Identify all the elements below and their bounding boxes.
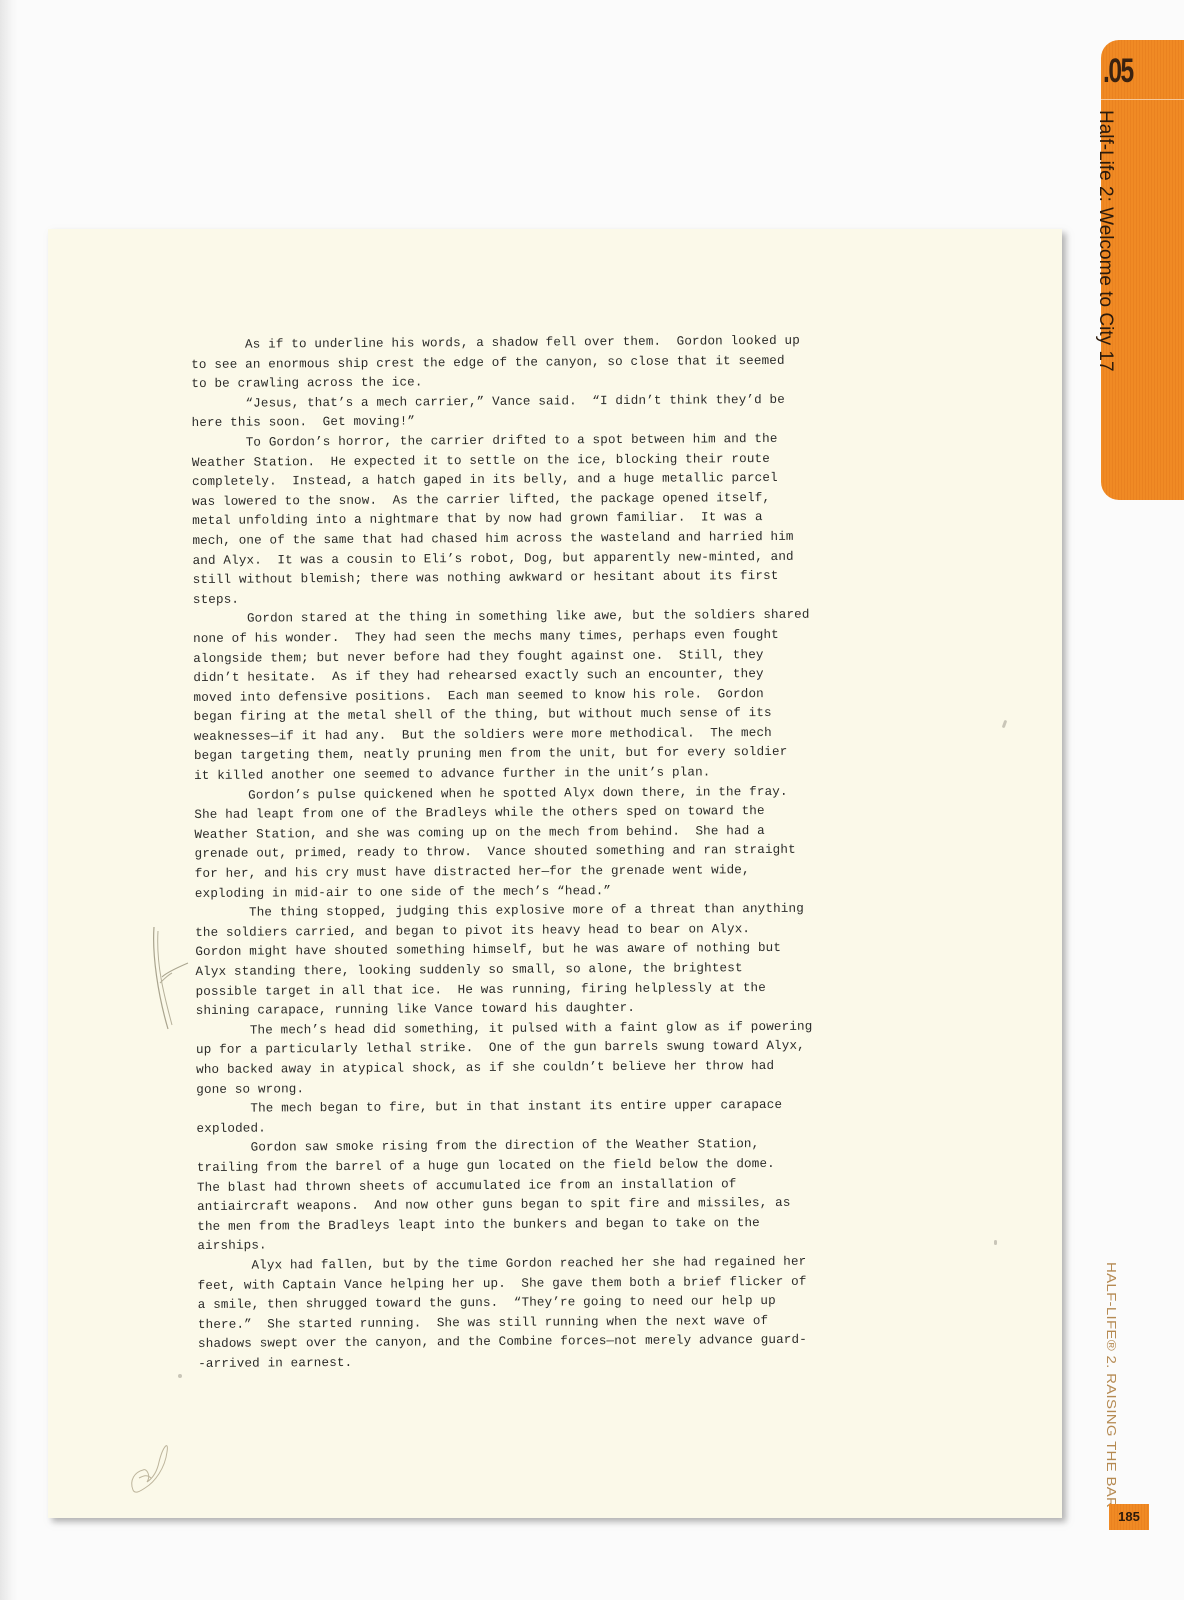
paragraph: The mech began to fire, but in that inst…	[196, 1095, 916, 1139]
pencil-annotation-mark	[148, 925, 193, 1035]
paragraph: Alyx had fallen, but by the time Gordon …	[197, 1252, 918, 1375]
book-gutter-shadow	[0, 0, 18, 1600]
stray-mark	[178, 1374, 182, 1378]
chapter-title-container: Half-Life 2: Welcome to City 17	[1116, 110, 1117, 111]
paragraph: The thing stopped, judging this explosiv…	[195, 899, 916, 1022]
manuscript-text: As if to underline his words, a shadow f…	[191, 331, 918, 1374]
paragraph: As if to underline his words, a shadow f…	[191, 331, 911, 395]
running-title-container: HALF-LIFE® 2. RAISING THE BAR	[1118, 1262, 1119, 1263]
paragraph: To Gordon’s horror, the carrier drifted …	[192, 429, 913, 610]
paragraph: Gordon’s pulse quickened when he spotted…	[194, 782, 915, 905]
stray-mark	[994, 1240, 997, 1245]
paragraph: Gordon saw smoke rising from the directi…	[197, 1134, 918, 1257]
paragraph: “Jesus, that’s a mech carrier,” Vance sa…	[191, 390, 911, 434]
paragraph: The mech’s head did something, it pulsed…	[196, 1017, 917, 1100]
pencil-initials-mark	[125, 1432, 175, 1502]
paragraph: Gordon stared at the thing in something …	[193, 605, 914, 786]
running-title: HALF-LIFE® 2. RAISING THE BAR	[1104, 1262, 1118, 1508]
chapter-title: Half-Life 2: Welcome to City 17	[1094, 110, 1116, 372]
chapter-tab-divider	[1101, 99, 1184, 100]
page-number: 185	[1109, 1504, 1149, 1530]
chapter-number: .05	[1103, 52, 1146, 91]
